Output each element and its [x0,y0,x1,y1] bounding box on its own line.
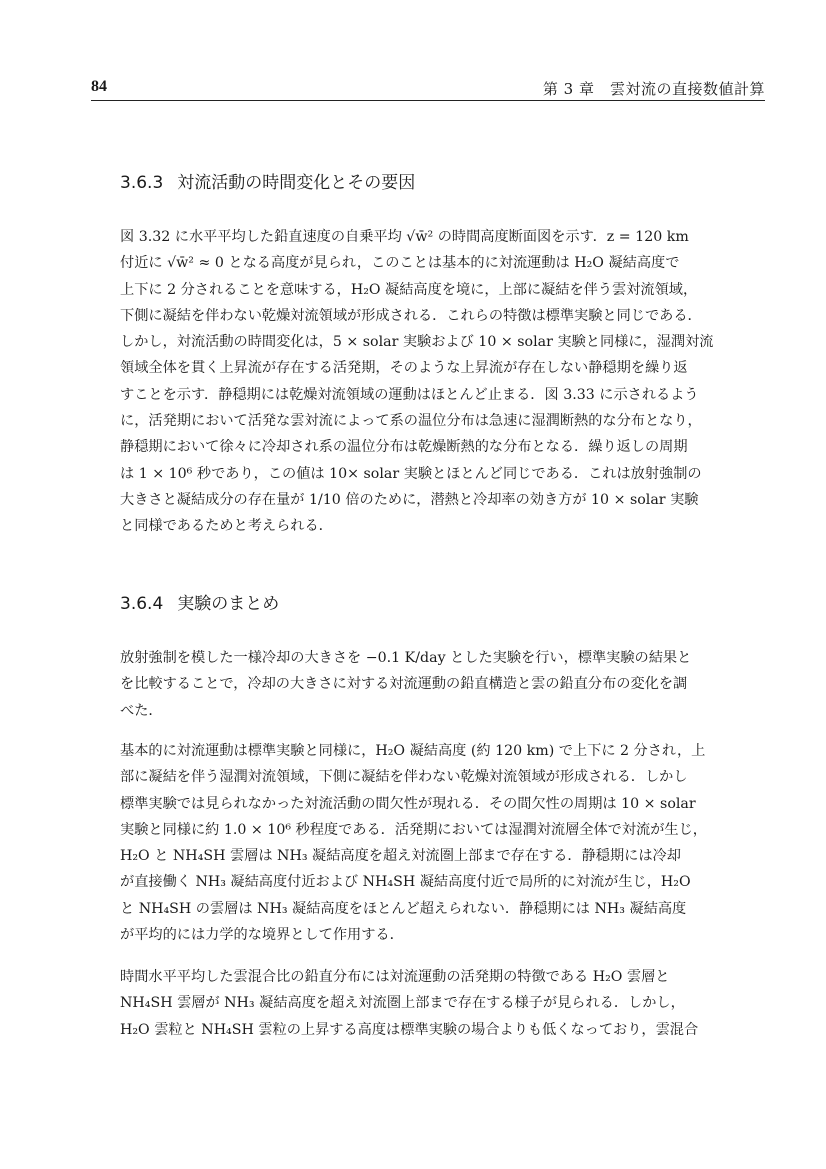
chapter-title: 第 3 章 雲対流の直接数値計算 [543,78,765,99]
text-line: 領域全体を貫く上昇流が存在する活発期，そのような上昇流が存在しない静穏期を繰り返 [120,355,765,381]
text-line: しかし，対流活動の時間変化は，5 × solar 実験および 10 × sola… [120,329,765,355]
section-title: 対流活動の時間変化とその要因 [177,173,415,193]
text-line: べた． [120,698,765,724]
text-line: 時間水平平均した雲混合比の鉛直分布には対流運動の活発期の特徴である H₂O 雲層… [120,964,765,990]
section-number: 3.6.3 [120,173,163,193]
section-heading-3-6-3: 3.6.3対流活動の時間変化とその要因 [120,168,415,193]
paragraph: 時間水平平均した雲混合比の鉛直分布には対流運動の活発期の特徴である H₂O 雲層… [120,964,765,1043]
text-line: 標準実験では見られなかった対流活動の間欠性が現れる．その間欠性の周期は 10 ×… [120,791,765,817]
text-line: を比較することで，冷却の大きさに対する対流運動の鉛直構造と雲の鉛直分布の変化を調 [120,671,765,697]
text-line: が平均的には力学的な境界として作用する． [120,922,765,948]
text-line: 静穏期において徐々に冷却され系の温位分布は乾燥断熱的な分布となる．繰り返しの周期 [120,434,765,460]
text-line: と NH₄SH の雲層は NH₃ 凝結高度をほとんど超えられない．静穏期には N… [120,896,765,922]
text-line: 実験と同様に約 1.0 × 10⁶ 秒程度である．活発期においては湿潤対流層全体… [120,817,765,843]
text-line: に，活発期において活発な雲対流によって系の温位分布は急速に湿潤断熱的な分布となり… [120,408,765,434]
text-line: NH₄SH 雲層が NH₃ 凝結高度を超え対流圏上部まで存在する様子が見られる．… [120,990,765,1016]
text-line: 放射強制を模した一様冷却の大きさを −0.1 K/day とした実験を行い，標準… [120,645,765,671]
text-line: 付近に √w̄² ≈ 0 となる高度が見られ，このことは基本的に対流運動は H₂… [120,250,765,276]
paragraph: 放射強制を模した一様冷却の大きさを −0.1 K/day とした実験を行い，標準… [120,645,765,724]
text-line: 下側に凝結を伴わない乾燥対流領域が形成される．これらの特徴は標準実験と同じである… [120,303,765,329]
section-number: 3.6.4 [120,594,163,614]
text-line: すことを示す．静穏期には乾燥対流領域の運動はほとんど止まる．図 3.33 に示さ… [120,382,765,408]
text-line: 基本的に対流運動は標準実験と同様に，H₂O 凝結高度 (約 120 km) で上… [120,738,765,764]
text-line: と同様であるためと考えられる． [120,513,765,539]
text-line: が直接働く NH₃ 凝結高度付近および NH₄SH 凝結高度付近で局所的に対流が… [120,869,765,895]
page-number: 84 [91,78,107,96]
text-line: 大きさと凝結成分の存在量が 1/10 倍のために，潜熱と冷却率の効き方が 10 … [120,487,765,513]
paragraph: 図 3.32 に水平平均した鉛直速度の自乗平均 √w̄² の時間高度断面図を示す… [120,224,765,540]
text-line: は 1 × 10⁶ 秒であり，この値は 10× solar 実験とほとんど同じで… [120,461,765,487]
text-line: H₂O と NH₄SH 雲層は NH₃ 凝結高度を超え対流圏上部まで存在する．静… [120,843,765,869]
text-line: H₂O 雲粒と NH₄SH 雲粒の上昇する高度は標準実験の場合よりも低くなってお… [120,1017,765,1043]
section-title: 実験のまとめ [177,594,279,614]
paragraph: 基本的に対流運動は標準実験と同様に，H₂O 凝結高度 (約 120 km) で上… [120,738,765,948]
running-header: 84 第 3 章 雲対流の直接数値計算 [91,78,765,101]
text-line: 部に凝結を伴う湿潤対流領域，下側に凝結を伴わない乾燥対流領域が形成される．しかし [120,764,765,790]
text-line: 図 3.32 に水平平均した鉛直速度の自乗平均 √w̄² の時間高度断面図を示す… [120,224,765,250]
document-page: 84 第 3 章 雲対流の直接数値計算 3.6.3対流活動の時間変化とその要因 … [0,0,826,1169]
text-line: 上下に 2 分されることを意味する，H₂O 凝結高度を境に，上部に凝結を伴う雲対… [120,277,765,303]
section-heading-3-6-4: 3.6.4実験のまとめ [120,589,279,614]
